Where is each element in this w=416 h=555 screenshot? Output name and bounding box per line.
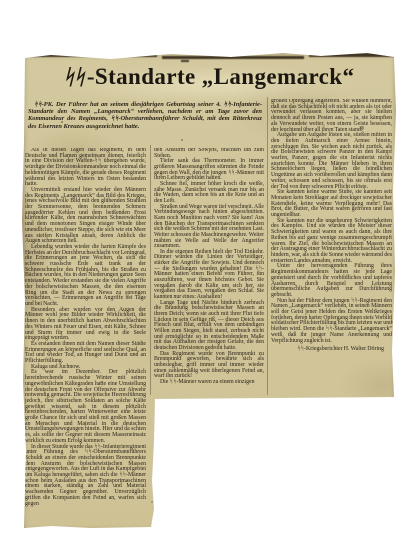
torn-edge-fragment [181,60,189,62]
torn-edge-fragment [309,53,395,57]
ss-runes-glyph: ᛋᛋ [61,65,88,89]
article-paragraph: Die ᛋᛋ-Männer waren zu einem einzigen [154,380,264,386]
article-paragraph: Es war im Dezember. Der plötzlich herein… [25,370,146,444]
article-paragraph: Aufgabe um Aufgabe lösten sie, stießen m… [271,133,392,190]
article-paragraph: Schnee fiel, immer höher kroch die weiße… [154,182,264,205]
article-paragraph: Es erstanden ihnen mit dem Namen dieser … [25,342,146,365]
article-paragraph: Unvermittelt erstand hier wieder den Män… [25,188,146,245]
article-paragraph: In dieser Stunde wurde das ᛋᛋ-Infanterie… [25,445,146,508]
article-paragraph: In die eigenen Reihen hielt der Tod Eink… [154,250,264,301]
article-paragraph: Straßen und Wege waren tief verschneit. … [154,205,264,250]
article-paragraph: großen Opfergang angetreten. Sie wußten … [271,99,392,133]
paper-stains [61,121,63,123]
article-paragraph: Sie kannten nur die ungeheuren Schwierig… [271,219,392,265]
column-rule [150,145,151,395]
column-right: großen Opfergang angetreten. Sie wußten … [271,99,392,395]
article-headline: ᛋᛋ-Standarte „Langemarck“ [21,64,397,90]
column-left: Als in diesen Tagen das Regiment, in dem… [25,148,146,526]
article-paragraph: Nun hat der Führer dem jungen ᛋᛋ-Regimen… [271,299,392,345]
torn-edge-fragment [27,54,157,57]
torn-edge-fragment [162,56,304,59]
article-paragraph: Das Regiment wurde von Brennpunkt zu Bre… [154,352,264,380]
headline-text: -Standarte „Langemarck“ [87,64,355,89]
lede-paragraph: ᛋᛋ-PK. Der Führer hat an seinem diesjähr… [28,101,262,130]
article-paragraph: Als in diesen Tagen das Regiment, in dem… [25,148,146,188]
scan-background: ᛋᛋ-Standarte „Langemarck“ ᛋᛋ-PK. Der Füh… [0,0,416,555]
article-paragraph: Sie kannten keine warme Stube, sie kannt… [271,190,392,219]
column-rule [267,97,268,395]
article-paragraph: Tiefer sank das Thermometer. In immer gr… [154,159,264,182]
byline: ᛋᛋ-Kriegsberichter H. Walter Döring [271,347,392,353]
article-paragraph: Unter der hervorragenden Führung ihres R… [271,264,392,298]
article-paragraph: Besonders aber wurden vor den Augen der … [25,308,146,342]
article-paragraph: Lange Tage und Nächte hindurch zerbrach … [154,301,264,352]
article-paragraph: Lebendig wurden wieder die harten Kämpfe… [25,245,146,308]
column-right-paragraphs: großen Opfergang angetreten. Sie wußten … [271,99,392,344]
newspaper-clipping: ᛋᛋ-Standarte „Langemarck“ ᛋᛋ-PK. Der Füh… [21,51,397,529]
column-middle: den Ansturm der Sowjets, brachten ihn zu… [154,148,264,394]
